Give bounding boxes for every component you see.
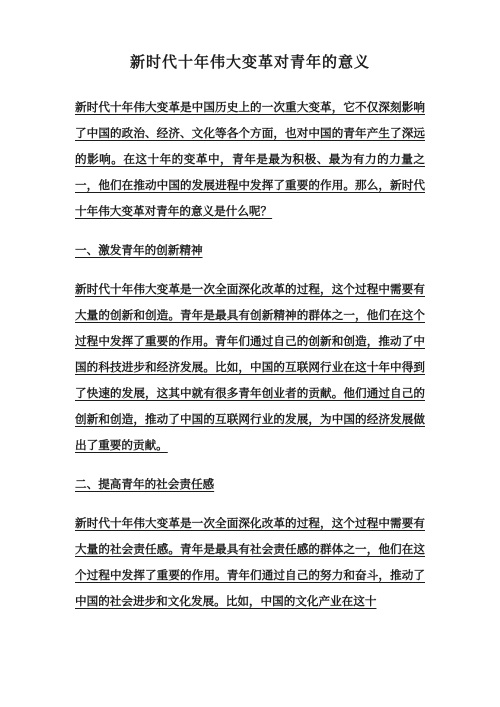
document-page: 新时代十年伟大变革对青年的意义 新时代十年伟大变革是中国历史上的一次重大变革，它… [0,0,500,707]
section-2-heading: 二、提高青年的社会责任感 [75,472,425,498]
section-1-heading: 一、激发青年的创新精神 [75,238,425,264]
section-2-paragraph: 新时代十年伟大变革是一次全面深化改革的过程，这个过程中需要有大量的社会责任感。青… [75,511,425,615]
section-1-paragraph: 新时代十年伟大变革是一次全面深化改革的过程，这个过程中需要有大量的创新和创造。青… [75,277,425,459]
document-title: 新时代十年伟大变革对青年的意义 [75,53,425,73]
intro-paragraph: 新时代十年伟大变革是中国历史上的一次重大变革，它不仅深刻影响了中国的政治、经济、… [75,95,425,225]
